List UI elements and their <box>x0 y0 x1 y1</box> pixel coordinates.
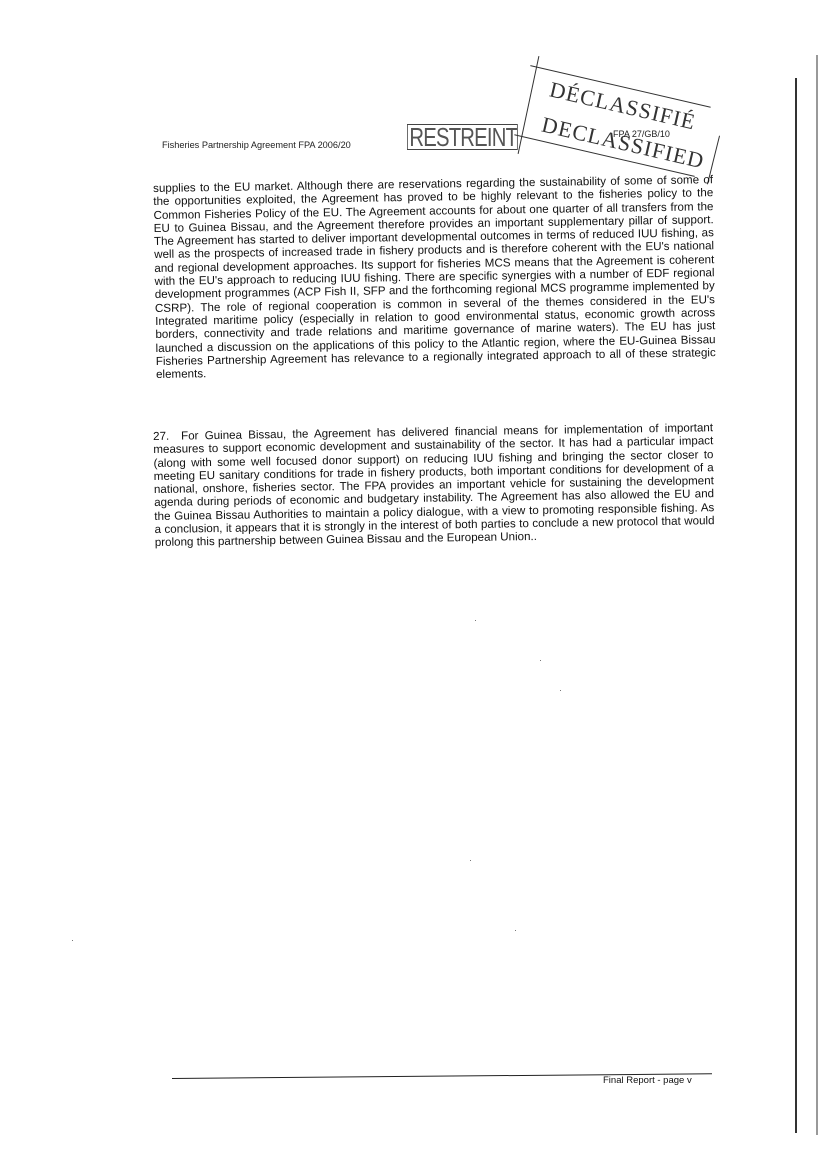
paragraph-number: 27. <box>153 430 181 444</box>
document-reference: FPA 27/GB/10 <box>613 129 670 139</box>
paragraph-text: supplies to the EU market. Although ther… <box>153 173 716 381</box>
paragraph-27: 27.For Guinea Bissau, the Agreement has … <box>153 421 715 549</box>
restreint-ue-stamp: RESTREINT UE <box>407 124 518 150</box>
scan-speck <box>540 660 541 661</box>
scan-edge-line <box>795 78 797 1133</box>
scan-speck <box>470 860 471 861</box>
scan-speck <box>72 940 73 941</box>
page-footer: Final Report - page v <box>603 1075 692 1086</box>
scan-speck <box>515 930 516 931</box>
scan-speck <box>560 690 561 691</box>
scanned-document-page: Fisheries Partnership Agreement FPA 2006… <box>0 0 825 1168</box>
scan-speck <box>475 620 476 621</box>
paragraph: supplies to the EU market. Although ther… <box>153 173 716 381</box>
declassified-stamp: DÉCLASSIFIÉ DECLASSIFIED <box>510 55 710 165</box>
scan-edge-line <box>816 55 818 1135</box>
document-title: Fisheries Partnership Agreement FPA 2006… <box>162 140 351 150</box>
paragraph-text: For Guinea Bissau, the Agreement has del… <box>153 421 714 549</box>
